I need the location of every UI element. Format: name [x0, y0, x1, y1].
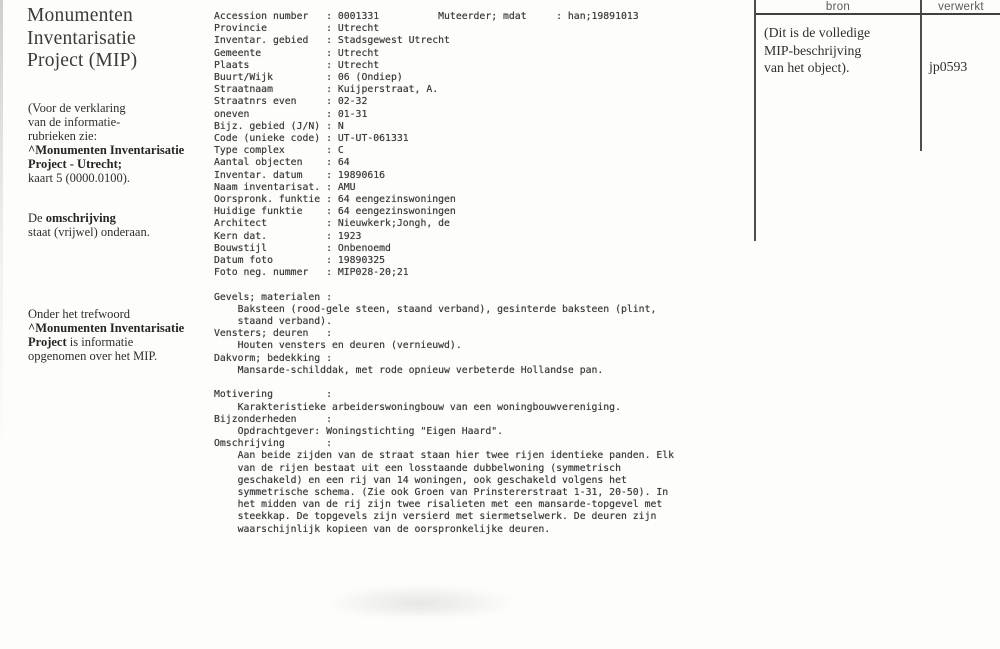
reference-note-line: van de informatie- [28, 115, 218, 129]
trefwoord-note-line: Project is informatie [28, 335, 218, 349]
reference-note-line-bold: Project - Utrecht; [28, 157, 218, 171]
reference-note-line: rubrieken zie: [28, 129, 218, 143]
trefwoord-note-text: is informatie [67, 335, 134, 349]
verwerkt-cell-stamp: jp0593 [929, 59, 967, 75]
omschrijving-note-line: staat (vrijwel) onderaan. [28, 225, 218, 239]
omschrijving-note: De omschrijving staat (vrijwel) onderaan… [28, 211, 218, 239]
column-header-bron: bron [756, 1, 920, 13]
column-header-verwerkt: verwerkt [922, 1, 1000, 13]
table-header-rule [755, 13, 1000, 15]
table-border-middle [920, 0, 922, 151]
bron-cell-note: (Dit is de volledige MIP-beschrijving va… [764, 24, 919, 77]
scan-edge-artifact [0, 0, 3, 462]
omschrijving-note-bold: omschrijving [46, 211, 116, 225]
mip-record-text: Accession number : 0001331 Muteerder; md… [214, 11, 674, 536]
trefwoord-note-bold: Project [28, 335, 67, 349]
reference-note-line: kaart 5 (0000.0100). [28, 171, 218, 185]
reference-note: (Voor de verklaring van de informatie- r… [28, 101, 218, 185]
trefwoord-note-line: Onder het trefwoord [28, 307, 218, 321]
scan-smudge-artifact [323, 584, 518, 616]
trefwoord-note: Onder het trefwoord ^Monumenten Inventar… [28, 307, 218, 363]
page-title: Monumenten Inventarisatie Project (MIP) [27, 5, 217, 73]
reference-note-line-bold: ^Monumenten Inventarisatie [28, 143, 218, 157]
reference-note-line: (Voor de verklaring [28, 101, 218, 115]
trefwoord-note-line: opgenomen over het MIP. [28, 349, 218, 363]
omschrijving-note-line: De omschrijving [28, 211, 218, 225]
trefwoord-note-line-bold: ^Monumenten Inventarisatie [28, 321, 218, 335]
table-border-left [754, 0, 756, 241]
omschrijving-note-text: De [28, 211, 46, 225]
